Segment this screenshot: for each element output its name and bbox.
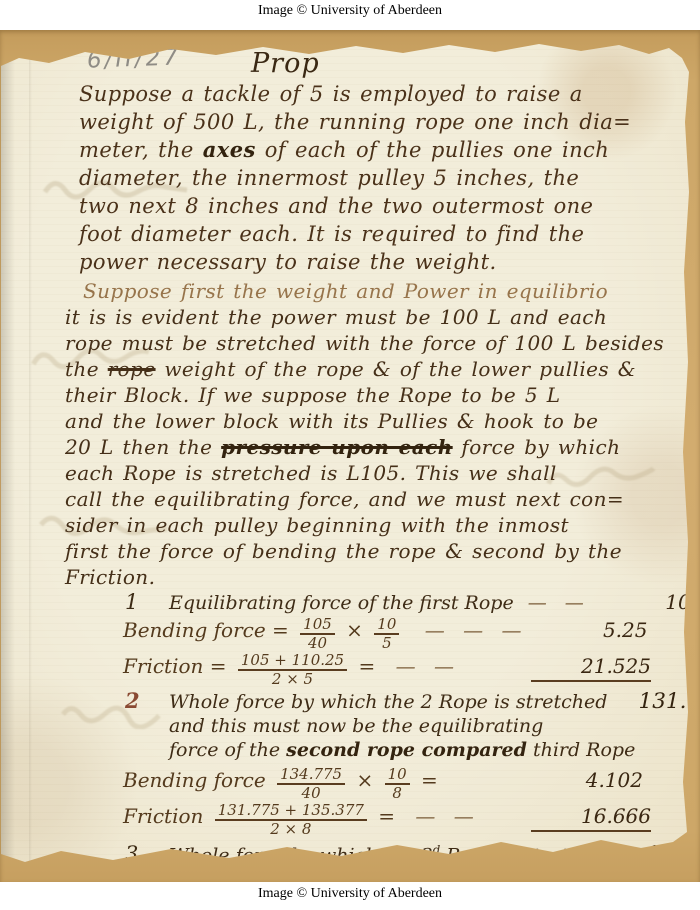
fraction: 10540	[300, 616, 335, 651]
total-value-1: 131.775	[607, 689, 700, 714]
manuscript-line: power necessary to raise the weight.	[79, 248, 631, 276]
friction-label: Friction =	[123, 654, 227, 678]
equilibrating-note-text: and this must now be the equilibrating	[169, 715, 543, 737]
equilibrating-label: Equilibrating force of the first Rope	[169, 592, 514, 614]
manuscript-line: rope must be stretched with the force of…	[65, 330, 664, 356]
leader-dashes: — —	[382, 654, 460, 678]
item-number-2: 2	[111, 688, 169, 713]
manuscript-line: weight of 500 L, the running rope one in…	[79, 108, 631, 136]
manuscript-line: the rope weight of the rope & of the low…	[65, 356, 664, 382]
page-title: Prop	[251, 48, 320, 79]
friction-value: 21.525	[531, 654, 651, 682]
corrected-text: force of the second rope compared third …	[169, 739, 635, 761]
calc-row-bending-1: Bending force = 10540 × 105 — — — 5.25	[111, 614, 651, 650]
leader-dashes: — —	[401, 804, 479, 828]
manuscript-line: Suppose a tackle of 5 is employed to rai…	[79, 80, 631, 108]
fraction: 105 + 110.252 × 5	[238, 652, 347, 687]
fraction: 108	[385, 766, 410, 801]
manuscript-line: foot diameter each. It is required to fi…	[79, 220, 631, 248]
manuscript-line: it is is evident the power must be 100 L…	[65, 304, 664, 330]
manuscript-line: meter, the axes of each of the pullies o…	[79, 136, 631, 164]
calc-row-friction-2: Friction 131.775 + 135.3772 × 8 = — — 16…	[111, 800, 651, 842]
manuscript-line: Suppose first the weight and Power in eq…	[65, 278, 664, 304]
pencil-date-mark: 6/II/27	[87, 44, 182, 73]
item-number-3: 3	[111, 842, 169, 866]
calc-row-equilibrating-1: 1 Equilibrating force of the first Rope—…	[111, 590, 651, 614]
calc-row-corrected-line: force of the second rope compared third …	[111, 739, 651, 764]
equilibrating-value: 105.	[590, 590, 700, 614]
copyright-caption-bottom: Image © University of Aberdeen	[0, 886, 700, 902]
times-sign: ×	[346, 618, 363, 642]
bending-label: Bending force =	[123, 618, 289, 642]
total-value-2: 152.043	[615, 842, 700, 867]
mat-board: 6/II/27 Prop Suppose a tackle of 5 is em…	[0, 30, 700, 882]
fraction: 131.775 + 135.3772 × 8	[215, 802, 367, 837]
equals-sign: =	[358, 654, 375, 678]
fraction: 134.77540	[277, 766, 345, 801]
calc-row-bending-2: Bending force 134.77540 × 108 = 4.102	[111, 764, 651, 800]
copyright-caption-top: Image © University of Aberdeen	[0, 3, 700, 19]
leader-dashes: — — —	[411, 618, 528, 642]
times-sign: ×	[356, 768, 373, 792]
equals-sign: =	[378, 804, 395, 828]
manuscript-line: two next 8 inches and the two outermost …	[79, 192, 631, 220]
friction-value: 16.666	[531, 804, 651, 832]
paragraph-problem-statement: Suppose a tackle of 5 is employed to rai…	[79, 80, 631, 276]
whole-force-3-text: Whole force by which the 3d Rope is stre…	[169, 843, 615, 866]
bending-value: 5.25	[527, 618, 655, 642]
manuscript-line: Friction.	[65, 564, 664, 590]
whole-force-2-text: Whole force by which the 2 Rope is stret…	[169, 691, 607, 713]
calc-row-friction-1: Friction = 105 + 110.252 × 5 = — — 21.52…	[111, 650, 651, 688]
fraction: 105	[374, 616, 399, 651]
manuscript-line: first the force of bending the rope & se…	[65, 538, 664, 564]
bending-label: Bending force	[123, 768, 266, 792]
scanned-manuscript-page: Image © University of Aberdeen 6/II/27 P…	[0, 0, 700, 910]
equals-sign: =	[421, 768, 438, 792]
manuscript-line: each Rope is stretched is L105. This we …	[65, 460, 664, 486]
paragraph-solution: Suppose first the weight and Power in eq…	[65, 278, 664, 590]
bending-value: 4.102	[523, 768, 651, 792]
manuscript-line: sider in each pulley beginning with the …	[65, 512, 664, 538]
manuscript-line: 20 L then the pressure upon each force b…	[65, 434, 664, 460]
calc-row-note-line: and this must now be the equilibrating	[111, 715, 651, 739]
manuscript-line: and the lower block with its Pullies & h…	[65, 408, 664, 434]
manuscript-line: diameter, the innermost pulley 5 inches,…	[79, 164, 631, 192]
manuscript-line: call the equilibrating force, and we mus…	[65, 486, 664, 512]
calc-row-whole-force-3: 3 Whole force by which the 3d Rope is st…	[111, 842, 651, 870]
manuscript-line: their Block. If we suppose the Rope to b…	[65, 382, 664, 408]
friction-label: Friction	[123, 804, 203, 828]
leader-dashes: — —	[514, 592, 590, 614]
item-number-1: 1	[111, 590, 169, 614]
calc-row-whole-force-2: 2 Whole force by which the 2 Rope is str…	[111, 688, 651, 715]
calculation-block: 1 Equilibrating force of the first Rope—…	[111, 590, 651, 870]
manuscript-paper: 6/II/27 Prop Suppose a tackle of 5 is em…	[1, 42, 689, 866]
